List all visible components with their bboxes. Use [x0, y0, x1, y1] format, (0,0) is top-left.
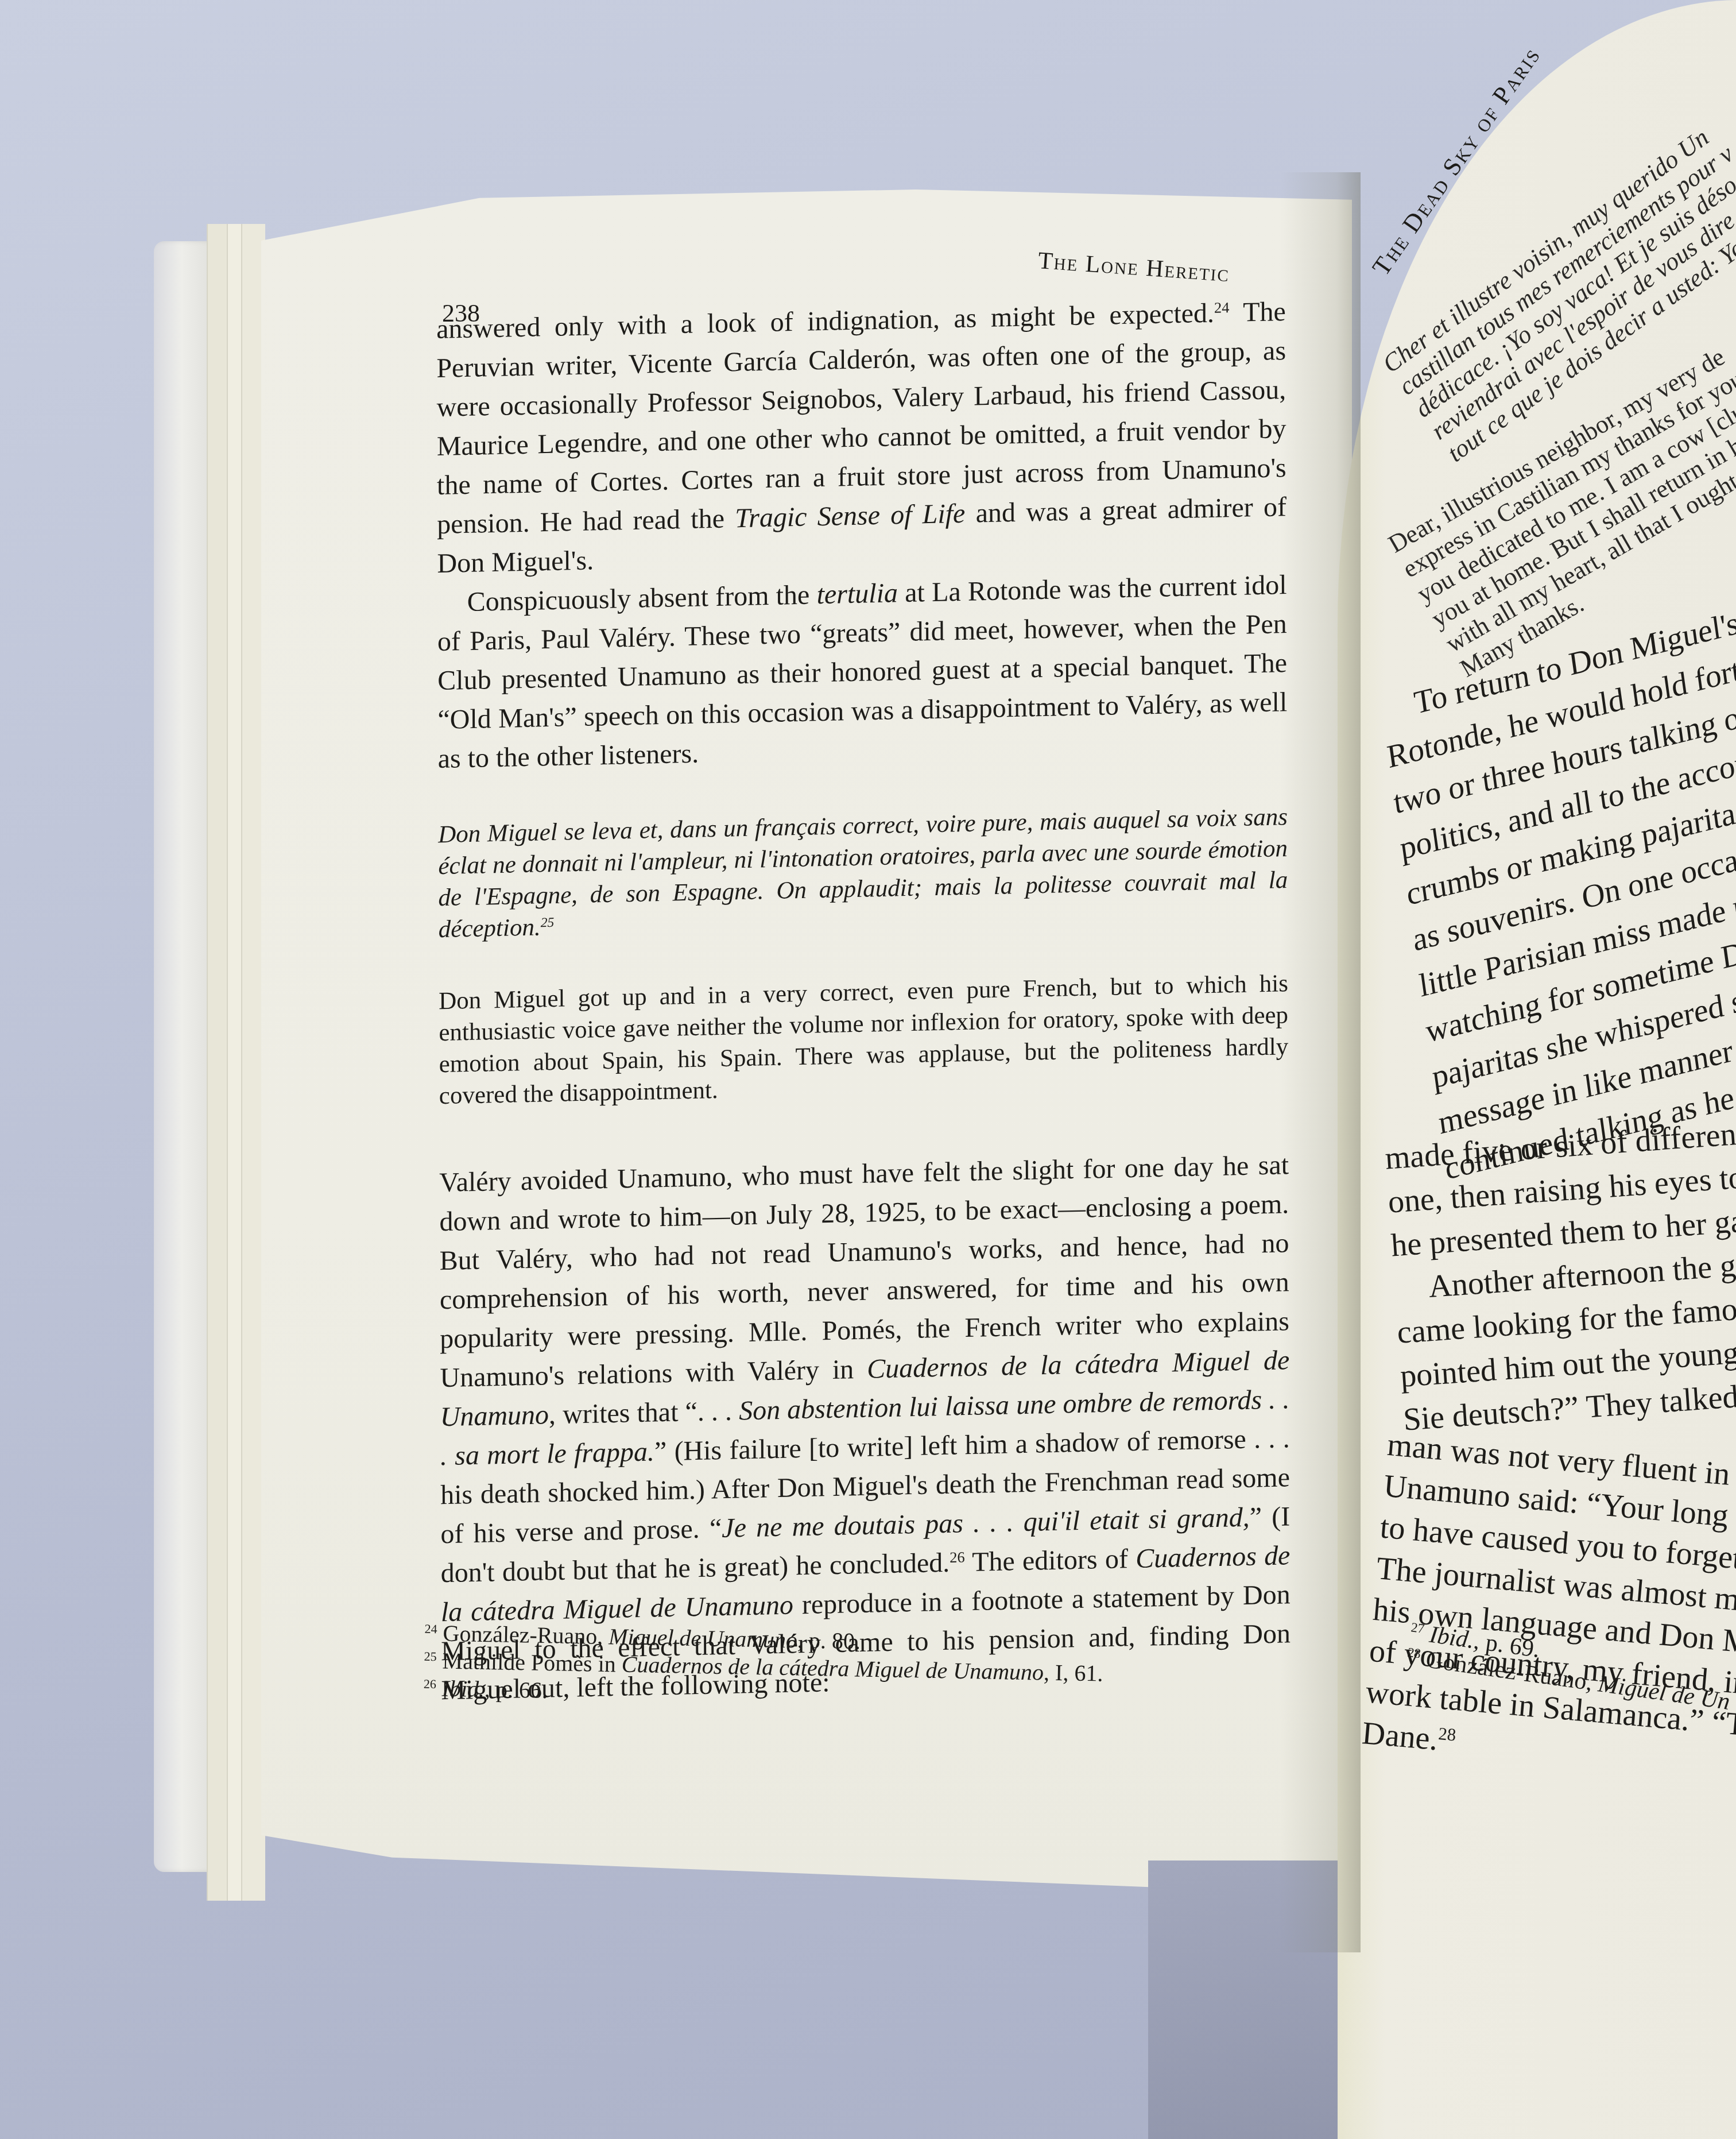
right-body-text: made five or six of different shape one,…	[1384, 1106, 1736, 1442]
block-quote-french: Don Miguel se leva et, dans un français …	[438, 801, 1288, 945]
footnote-ref: 28	[1437, 1724, 1457, 1745]
footnote-ref: 26	[950, 1548, 964, 1566]
paragraph: answered only with a look of indignation…	[436, 292, 1286, 583]
left-footnotes: 24 González-Ruano, Miguel de Unamuno, p.…	[423, 1619, 1285, 1719]
paragraph: Conspicuously absent from the tertulia a…	[437, 566, 1288, 779]
book-gutter	[1280, 172, 1361, 1952]
footnote-ref: 24	[1214, 299, 1229, 316]
right-body-text: man was not very fluent in Ger Unamuno s…	[1361, 1424, 1736, 1791]
footnote-ref: 25	[541, 915, 555, 930]
block-quote-translation: Don Miguel got up and in a very correct,…	[439, 968, 1288, 1112]
left-page-body: answered only with a look of indignation…	[436, 292, 1291, 1710]
